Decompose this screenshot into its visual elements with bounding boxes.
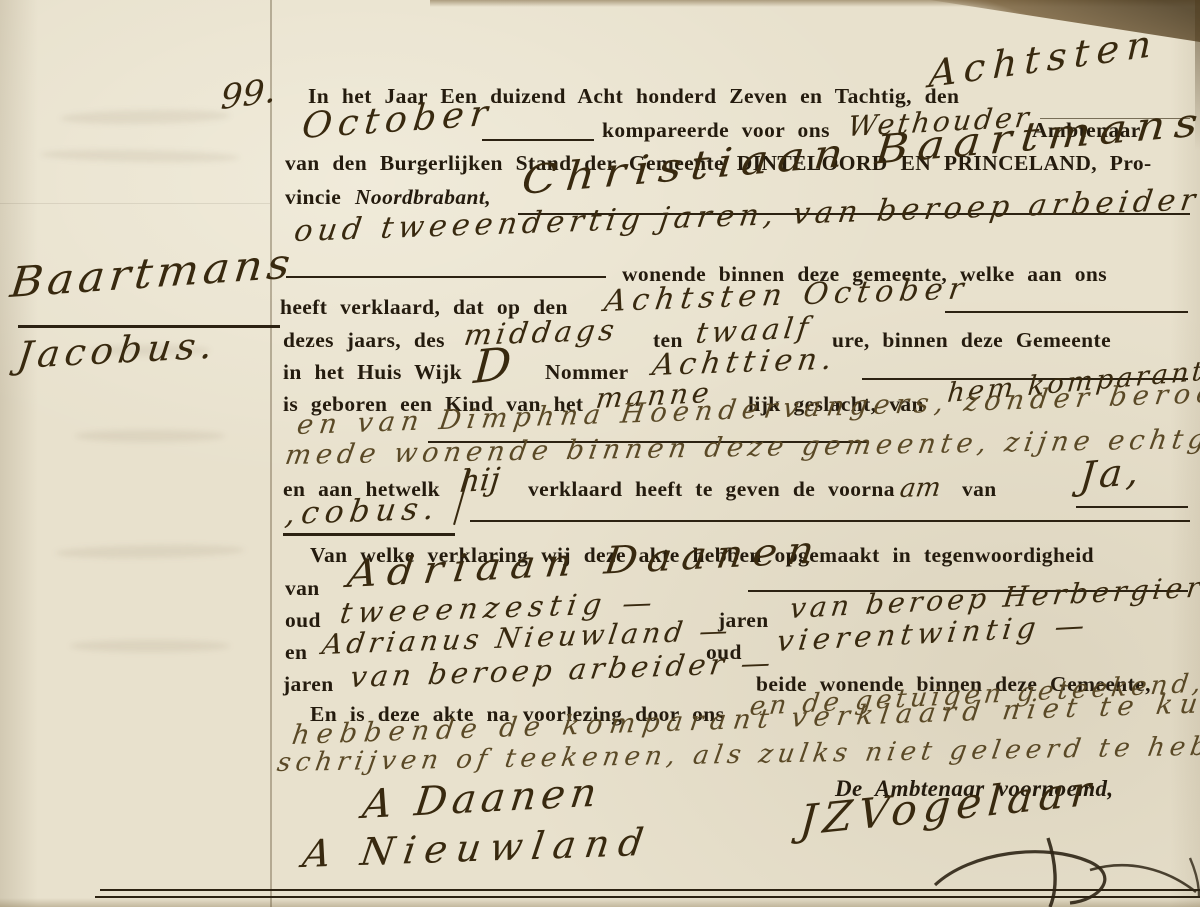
partial-signature-flourish: [0, 0, 1200, 907]
birth-record-scan: 99. Baartmans Jacobus. In het Jaar Een d…: [0, 0, 1200, 907]
